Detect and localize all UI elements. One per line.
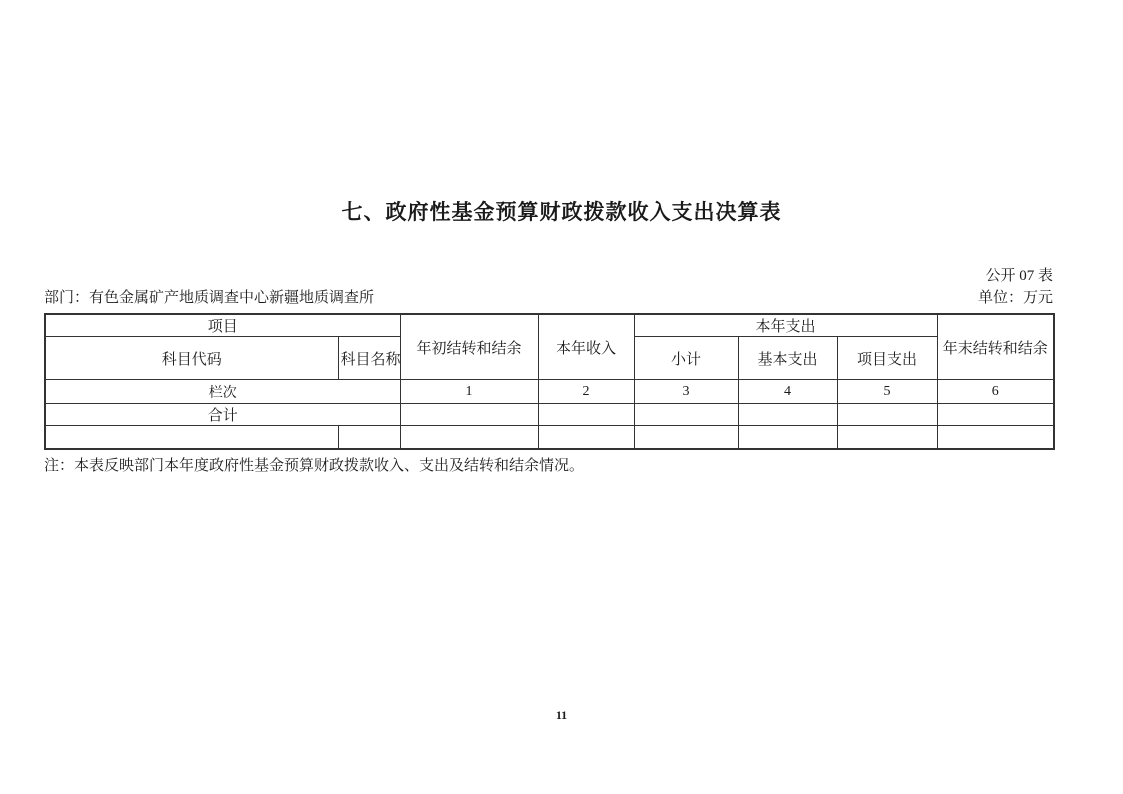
blank-value-6 xyxy=(937,426,1054,449)
column-index-6: 6 xyxy=(937,380,1054,404)
blank-subject-code xyxy=(45,426,338,449)
column-index-row: 栏次 1 2 3 4 5 6 xyxy=(45,380,1054,404)
unit-label: 单位：万元 xyxy=(978,288,1053,309)
page-title: 七、政府性基金预算财政拨款收入支出决算表 xyxy=(0,196,1123,226)
column-index-3: 3 xyxy=(634,380,738,404)
column-index-1: 1 xyxy=(400,380,538,404)
total-value-5 xyxy=(837,404,937,426)
blank-row xyxy=(45,426,1054,449)
column-index-5: 5 xyxy=(837,380,937,404)
table-code-label: 公开 07 表 xyxy=(44,266,1053,286)
total-row-label: 合计 xyxy=(45,404,400,426)
total-value-6 xyxy=(937,404,1054,426)
budget-table: 项目 年初结转和结余 本年收入 本年支出 年末结转和结余 科目代码 科目名称 小… xyxy=(44,313,1055,450)
header-current-year-income: 本年收入 xyxy=(538,314,634,380)
header-project-expenditure: 项目支出 xyxy=(837,337,937,380)
header-basic-expenditure: 基本支出 xyxy=(738,337,837,380)
meta-row: 部门：有色金属矿产地质调查中心新疆地质调查所 单位：万元 xyxy=(44,288,1053,309)
blank-value-1 xyxy=(400,426,538,449)
table-note: 注：本表反映部门本年度政府性基金预算财政拨款收入、支出及结转和结余情况。 xyxy=(44,456,1053,476)
blank-value-2 xyxy=(538,426,634,449)
column-index-2: 2 xyxy=(538,380,634,404)
total-value-2 xyxy=(538,404,634,426)
blank-value-5 xyxy=(837,426,937,449)
department-label: 部门：有色金属矿产地质调查中心新疆地质调查所 xyxy=(44,288,374,309)
header-current-year-expenditure: 本年支出 xyxy=(634,314,937,337)
header-subject-code: 科目代码 xyxy=(45,337,338,380)
total-value-3 xyxy=(634,404,738,426)
header-row-1: 项目 年初结转和结余 本年收入 本年支出 年末结转和结余 xyxy=(45,314,1054,337)
blank-value-4 xyxy=(738,426,837,449)
column-index-label: 栏次 xyxy=(45,380,400,404)
header-subtotal: 小计 xyxy=(634,337,738,380)
header-beginning-balance: 年初结转和结余 xyxy=(400,314,538,380)
total-value-4 xyxy=(738,404,837,426)
column-index-4: 4 xyxy=(738,380,837,404)
table-section: 公开 07 表 部门：有色金属矿产地质调查中心新疆地质调查所 单位：万元 项目 … xyxy=(44,266,1053,476)
page-number: 11 xyxy=(0,708,1123,723)
total-row: 合计 xyxy=(45,404,1054,426)
header-subject-name: 科目名称 xyxy=(338,337,400,380)
blank-value-3 xyxy=(634,426,738,449)
total-value-1 xyxy=(400,404,538,426)
header-year-end-balance: 年末结转和结余 xyxy=(937,314,1054,380)
blank-subject-name xyxy=(338,426,400,449)
header-project: 项目 xyxy=(45,314,400,337)
